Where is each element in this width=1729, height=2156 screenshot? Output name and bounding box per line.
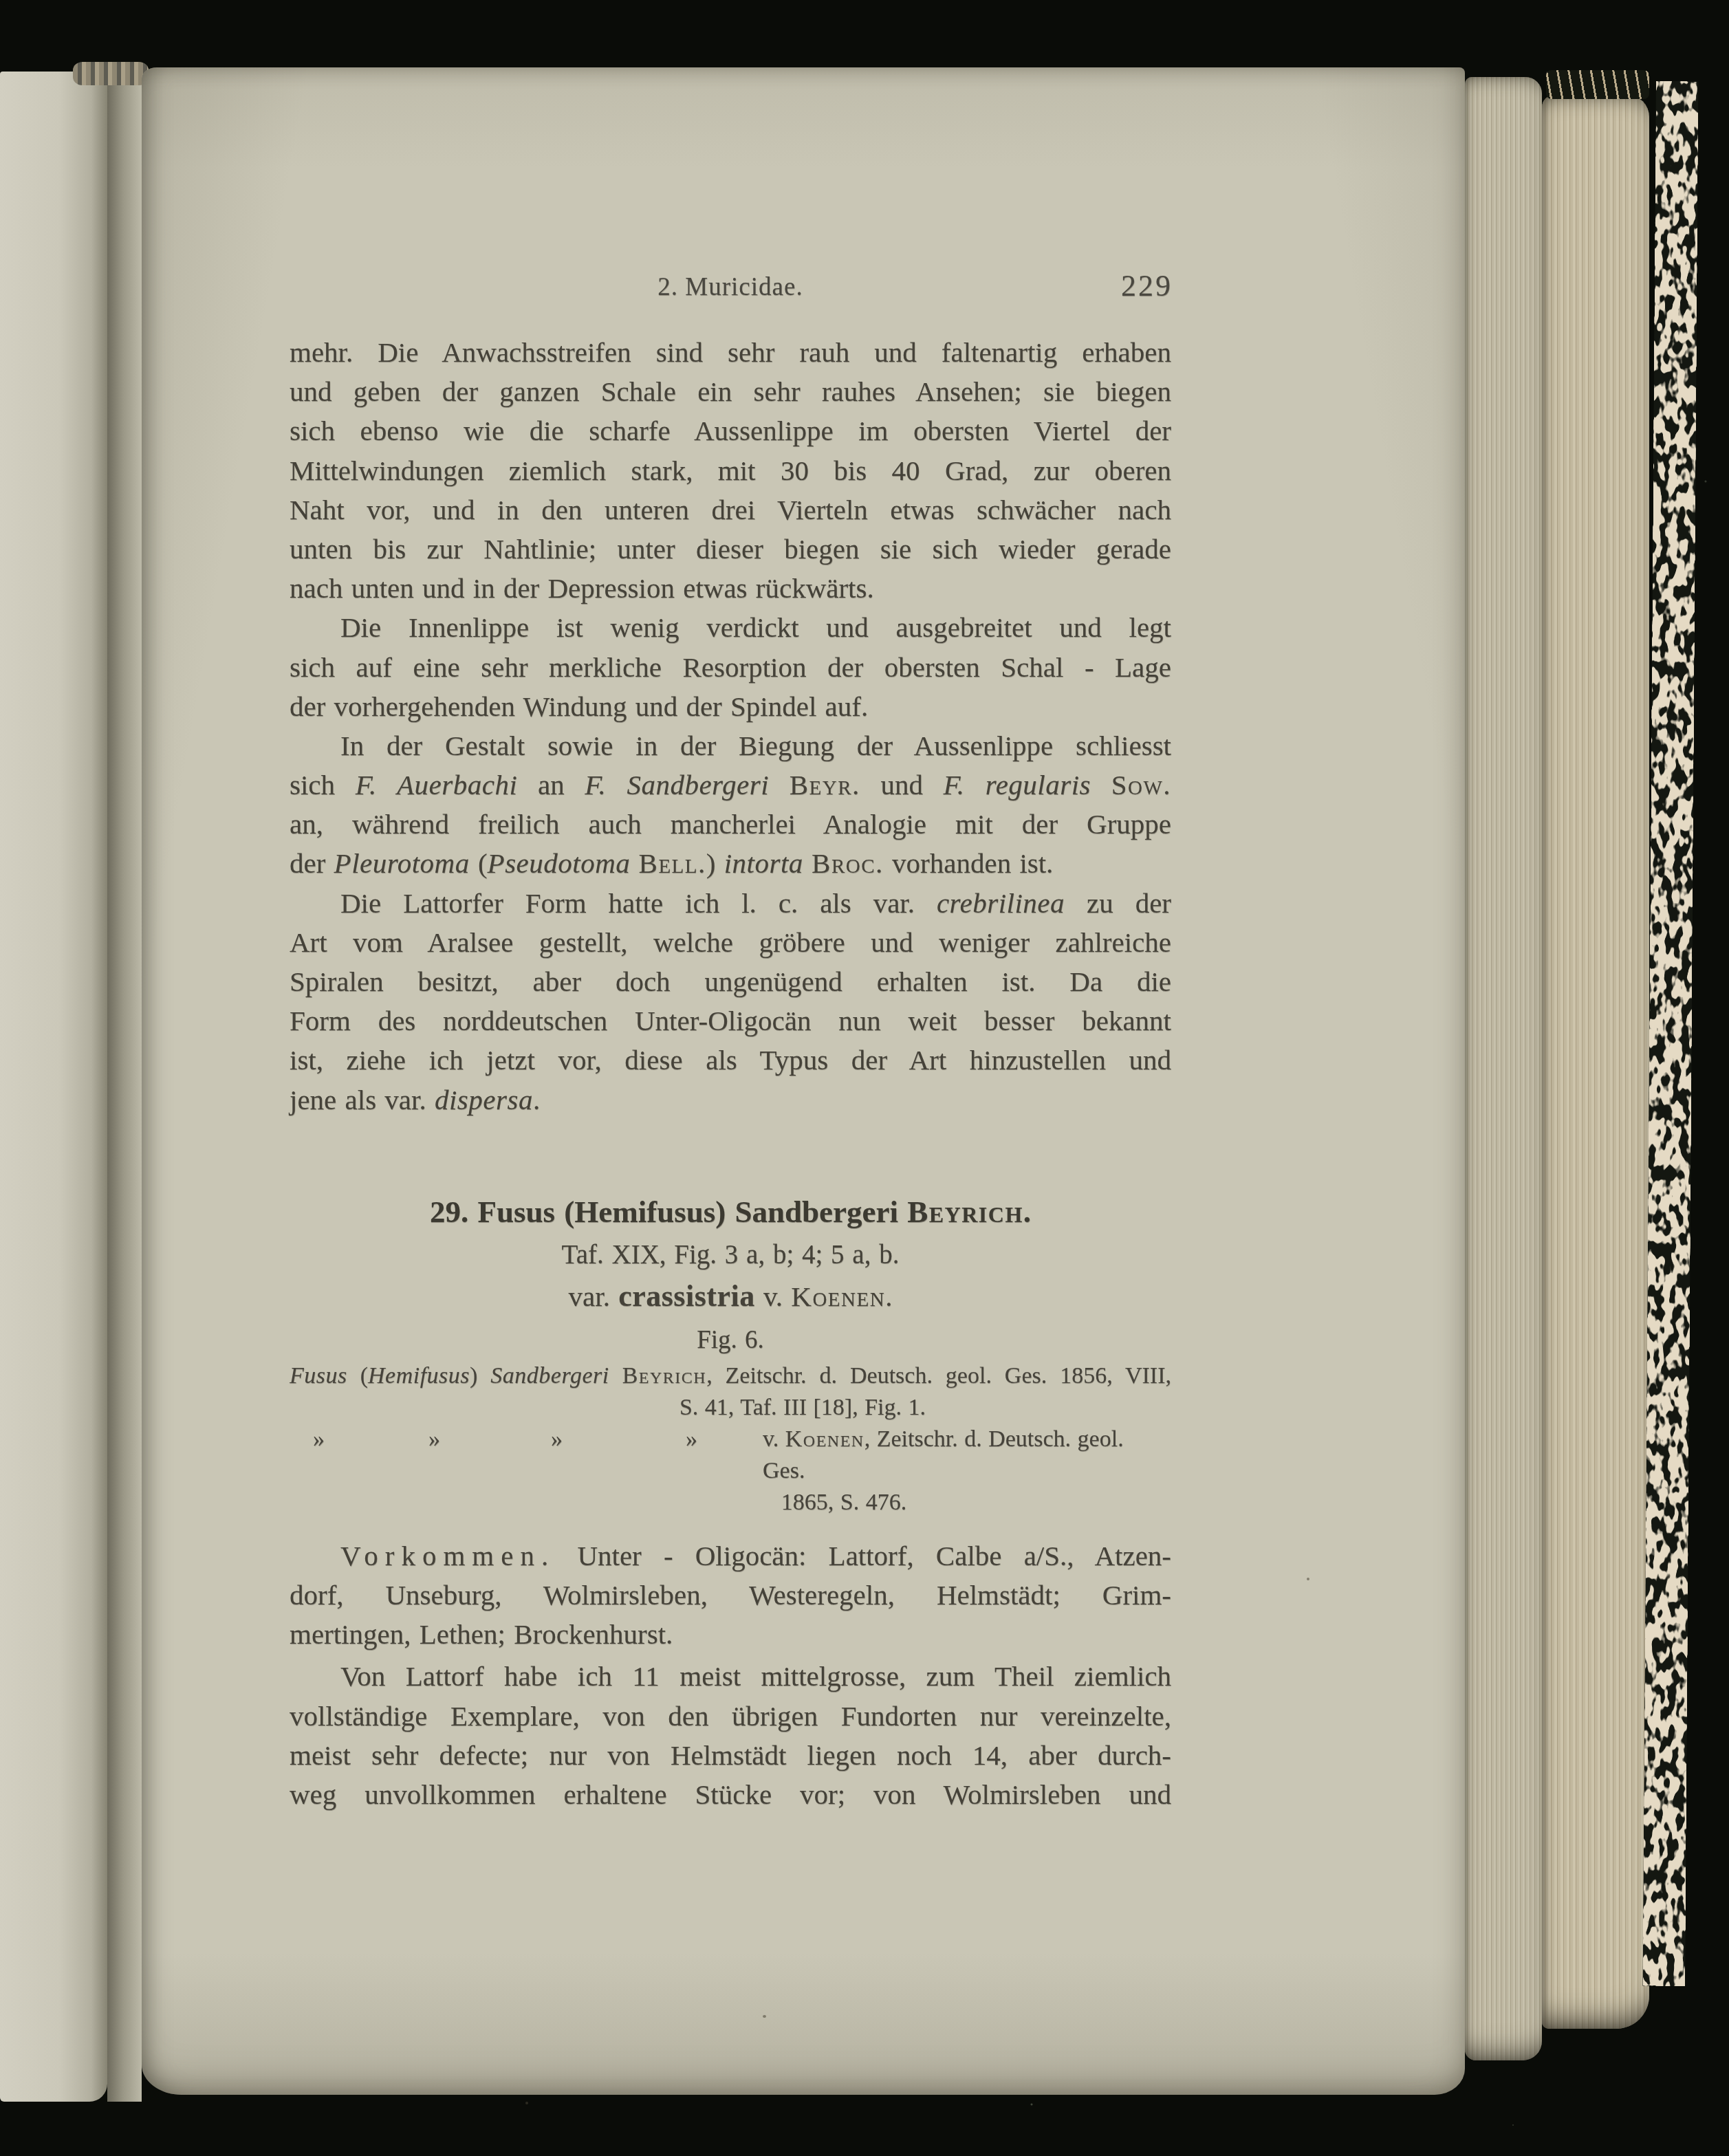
text-line: sich F. Auerbachi an F. Sandbergeri Beyr… <box>290 765 1171 805</box>
book-gutter <box>107 69 142 2102</box>
text-line: vollständige Exemplare, von den übrigen … <box>290 1697 1171 1736</box>
book-page: 2. Muricidae. 229 mehr. Die Anwachsstrei… <box>142 67 1465 2095</box>
paper-speck <box>763 2015 766 2018</box>
paragraph: Die Innenlippe ist wenig verdickt und au… <box>290 608 1171 726</box>
synonymy-line-2: S. 41, Taf. III [18], Fig. 1. <box>290 1392 1171 1424</box>
page-block-fore-edge <box>1465 77 1542 2060</box>
text-line: und geben der ganzen Schale ein sehr rau… <box>290 372 1171 411</box>
text-line: sich ebenso wie die scharfe Aussenlippe … <box>290 411 1171 450</box>
ditto-mark: » <box>313 1424 428 1487</box>
paragraph: Vorkommen. Unter - Oligocän: Lattorf, Ca… <box>290 1536 1171 1655</box>
headband <box>73 62 149 85</box>
variety-name: var. crassistria v. Koenen. <box>290 1276 1171 1316</box>
text-line: ist, ziehe ich jetzt vor, diese als Typu… <box>290 1041 1171 1080</box>
text-line: Die Innenlippe ist wenig verdickt und au… <box>290 608 1171 647</box>
text-line: mertingen, Lethen; Brockenhurst. <box>290 1615 1171 1654</box>
text-line: der vorhergehenden Windung und der Spind… <box>290 687 1171 726</box>
synonymy-block: Fusus (Hemifusus) Sandbergeri Beyrich, Z… <box>290 1360 1171 1518</box>
scanned-book-photo: 2. Muricidae. 229 mehr. Die Anwachsstrei… <box>0 0 1729 2156</box>
synonymy-line-1: Fusus (Hemifusus) Sandbergeri Beyrich, Z… <box>290 1360 1171 1392</box>
text-line: In der Gestalt sowie in der Biegung der … <box>290 726 1171 765</box>
paper-speck <box>1307 1578 1309 1580</box>
text-line: nach unten und in der Depression etwas r… <box>290 569 1171 608</box>
page-block-fore-edge-outer <box>1542 95 1649 2029</box>
page-number: 229 <box>1121 268 1173 303</box>
text-line: unten bis zur Nahtlinie; unter dieser bi… <box>290 530 1171 569</box>
figure-reference: Fig. 6. <box>290 1325 1171 1356</box>
text-line: Naht vor, und in den unteren drei Vierte… <box>290 490 1171 530</box>
paper-speck <box>388 945 391 948</box>
text-line: Die Lattorfer Form hatte ich l. c. als v… <box>290 884 1171 923</box>
paper-speck <box>525 2102 528 2104</box>
marbled-cover-edge <box>1642 81 1698 1986</box>
text-line: Spiralen besitzt, aber doch ungenügend e… <box>290 962 1171 1001</box>
ditto-mark: » <box>551 1424 686 1487</box>
paragraph: Von Lattorf habe ich 11 meist mittelgros… <box>290 1657 1171 1814</box>
text-line: sich auf eine sehr merkliche Resorption … <box>290 648 1171 687</box>
text-line: weg unvollkommen erhaltene Stücke vor; v… <box>290 1775 1171 1814</box>
paragraph: Die Lattorfer Form hatte ich l. c. als v… <box>290 884 1171 1120</box>
text-line: jene als var. dispersa. <box>290 1080 1171 1120</box>
plate-reference: Taf. XIX, Fig. 3 a, b; 4; 5 a, b. <box>290 1237 1171 1274</box>
paragraph: In der Gestalt sowie in der Biegung der … <box>290 726 1171 884</box>
section-title: 2. Muricidae. <box>657 273 803 301</box>
paragraph: mehr. Die Anwachsstreifen sind sehr rauh… <box>290 333 1171 608</box>
body-paragraphs-bottom: Vorkommen. Unter - Oligocän: Lattorf, Ca… <box>290 1536 1171 1814</box>
synonymy-line-3: v. Koenen, Zeitschr. d. Deutsch. geol. G… <box>763 1424 1171 1487</box>
text-line: Von Lattorf habe ich 11 meist mittelgros… <box>290 1657 1171 1696</box>
left-page-edge <box>0 72 107 2102</box>
synonymy-ditto-row: » » » » v. Koenen, Zeitschr. d. Deutsch.… <box>290 1424 1171 1487</box>
text-line: der Pleurotoma (Pseudotoma Bell.) intort… <box>290 844 1171 883</box>
marbled-cover-top-edge <box>1546 70 1649 99</box>
text-line: Form des norddeutschen Unter-Oligocän nu… <box>290 1001 1171 1041</box>
text-line: meist sehr defecte; nur von Helmstädt li… <box>290 1736 1171 1775</box>
text-line: dorf, Unseburg, Wolmirsleben, Westeregel… <box>290 1576 1171 1615</box>
body-paragraphs-top: mehr. Die Anwachsstreifen sind sehr rauh… <box>290 333 1171 1120</box>
ditto-mark: » <box>686 1424 763 1487</box>
text-line: an, während freilich auch mancherlei Ana… <box>290 805 1171 844</box>
running-header: 2. Muricidae. 229 <box>290 272 1171 302</box>
text-line: mehr. Die Anwachsstreifen sind sehr rauh… <box>290 333 1171 372</box>
text-line: Mittelwindungen ziemlich stark, mit 30 b… <box>290 451 1171 490</box>
species-heading: 29. Fusus (Hemifusus) Sandbergeri Beyric… <box>290 1191 1171 1232</box>
text-column: mehr. Die Anwachsstreifen sind sehr rauh… <box>290 333 1171 1814</box>
text-line: Vorkommen. Unter - Oligocän: Lattorf, Ca… <box>290 1536 1171 1576</box>
ditto-mark: » <box>428 1424 551 1487</box>
text-line: Art vom Aralsee gestellt, welche gröbere… <box>290 923 1171 962</box>
synonymy-line-4: 1865, S. 476. <box>290 1487 1171 1518</box>
